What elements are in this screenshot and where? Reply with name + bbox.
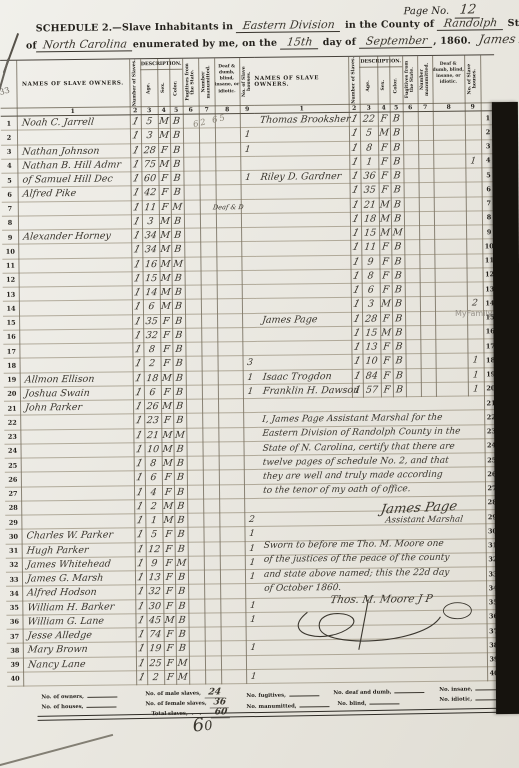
cell-color: B xyxy=(173,442,187,455)
cell-name: Riley D. Gardner xyxy=(255,170,355,184)
cell-color: B xyxy=(391,297,405,310)
cell-color: B xyxy=(170,157,184,170)
county-label: in the County of xyxy=(345,19,434,31)
cell-age: 28 xyxy=(140,144,158,157)
cell-num: 33 xyxy=(6,573,22,586)
cell-age: 23 xyxy=(143,414,161,427)
cell-color: B xyxy=(391,283,405,296)
cell-color: B xyxy=(175,599,189,612)
column-number: 7 xyxy=(201,105,213,113)
cell-num: 16 xyxy=(3,330,19,343)
column-header-manumitted: Number manumitted. xyxy=(417,56,433,103)
cell-houses: 1 xyxy=(467,354,484,367)
cell-num: 19 xyxy=(4,373,20,386)
cell-color: B xyxy=(172,357,186,370)
cell-houses: 1 xyxy=(465,154,482,167)
column-number: 1 xyxy=(67,107,79,115)
cell-age: 42 xyxy=(141,186,159,199)
cell-age: 32 xyxy=(145,585,163,598)
cell-num: 6 xyxy=(2,188,18,201)
cell-houses: 1 xyxy=(245,670,261,683)
cell-color: B xyxy=(174,514,188,527)
fugitives-label: No. fugitives, xyxy=(246,693,286,699)
column-header-color: Color. xyxy=(389,67,402,103)
column-number: 5 xyxy=(170,106,182,114)
cell-age: 6 xyxy=(361,284,380,297)
marshal-signature: James Page xyxy=(474,32,519,47)
cell-name: Nathan Johnson xyxy=(16,144,135,159)
cell-houses: 1 xyxy=(239,128,255,141)
bottom-handwritten-total: 60 xyxy=(192,713,214,736)
column-number: 9 xyxy=(241,105,253,113)
cell-age: 21 xyxy=(360,198,379,211)
cell-houses: 3 xyxy=(242,356,258,369)
cell-num: 1 xyxy=(1,117,17,130)
female-slaves-label: No. of female slaves, xyxy=(145,701,206,708)
cell-color: M xyxy=(170,200,184,213)
footer-insane: No. insane, xyxy=(439,683,499,693)
cell-age: 8 xyxy=(361,269,380,282)
slave-table-left: NAMES OF SLAVE OWNERS.Number of Slaves.D… xyxy=(0,57,261,687)
cell-houses: 1 xyxy=(245,641,261,654)
cell-name: Thomas Brooksher xyxy=(254,113,354,127)
owners-label: No. of owners, xyxy=(41,694,84,700)
column-header-names: NAMES OF SLAVE OWNERS. xyxy=(16,59,130,107)
cell-color: B xyxy=(390,198,404,211)
cell-houses: 1 xyxy=(244,556,260,569)
cell-age: 84 xyxy=(362,369,381,382)
cell-color: B xyxy=(392,354,406,367)
idiotic-label: No. idiotic, xyxy=(439,696,472,702)
cell-name: John Parker xyxy=(19,400,138,415)
cell-age: 5 xyxy=(359,127,378,140)
footer-idiotic: No. idiotic, xyxy=(439,693,499,703)
cell-color: B xyxy=(169,143,183,156)
cell-num: 39 xyxy=(7,658,23,671)
column-header-color: Color. xyxy=(169,70,182,106)
column-number: 1 xyxy=(296,104,308,112)
column-number: 6 xyxy=(185,106,197,114)
cell-color: B xyxy=(173,457,187,470)
column-header-number_of_slaves: Number of Slaves. xyxy=(129,59,141,106)
certification-block: I, James Page Assistant Marshal for theE… xyxy=(262,410,497,526)
cell-age: 34 xyxy=(142,243,160,256)
blind-label: No. blind, xyxy=(337,701,366,707)
cell-color: B xyxy=(389,141,403,154)
certification-signature-title: Assistant Marshal xyxy=(385,514,498,525)
of-label: of xyxy=(26,40,37,51)
column-header-deaf_dumb: Deaf & dumb, blind, insane, or idiotic. xyxy=(432,56,465,109)
cell-age: 12 xyxy=(145,542,163,555)
cell-name: Nancy Lane xyxy=(22,657,141,672)
footer-owners: No. of owners, xyxy=(41,691,117,701)
cell-age: 34 xyxy=(141,229,159,242)
cell-houses: 1 xyxy=(245,613,261,626)
cell-color: B xyxy=(170,229,184,242)
cell-age: 8 xyxy=(144,457,162,470)
cell-age: 14 xyxy=(142,286,160,299)
cell-houses: 1 xyxy=(239,142,255,155)
cell-age: 35 xyxy=(360,184,379,197)
cell-name: William G. Lane xyxy=(22,614,141,629)
column-number: 3 xyxy=(143,106,155,114)
cell-houses: 1 xyxy=(244,541,260,554)
certification-line: to the tenor of my oath of office. xyxy=(262,481,497,498)
cell-age: 36 xyxy=(360,170,379,183)
cell-name: Alexander Horney xyxy=(17,229,136,244)
cell-color: B xyxy=(171,300,185,313)
cell-color: B xyxy=(390,155,404,168)
column-number: 6 xyxy=(404,103,416,111)
cell-name: Alfred Pike xyxy=(17,187,136,202)
column-number: 5 xyxy=(390,103,402,111)
cell-num: 12 xyxy=(3,273,19,286)
cell-num: 35 xyxy=(6,601,22,614)
cell-houses: 1 xyxy=(242,385,258,398)
cell-color: M xyxy=(173,428,187,441)
cell-color: B xyxy=(171,271,185,284)
column-header-manumitted: Number manumitted. xyxy=(198,58,215,105)
cell-num: 13 xyxy=(3,288,19,301)
cell-color: B xyxy=(173,471,187,484)
footer-manumitted: No. manumitted, xyxy=(246,700,329,710)
insane-label: No. insane, xyxy=(439,686,472,692)
column-number: 4 xyxy=(378,103,390,111)
column-header-age: Age. xyxy=(140,70,157,106)
cell-num: 17 xyxy=(3,345,19,358)
cell-age: 9 xyxy=(145,557,163,570)
cell-age: 25 xyxy=(146,656,164,669)
cell-houses: 1 xyxy=(244,527,260,540)
cell-color: M xyxy=(390,226,404,239)
cell-age: 15 xyxy=(362,326,381,339)
year-label: , 1860. xyxy=(433,35,471,46)
cell-age: 15 xyxy=(360,227,379,240)
footer-blind: No. blind, xyxy=(337,697,399,707)
cell-age: 6 xyxy=(142,300,160,313)
cell-color: B xyxy=(173,485,187,498)
cell-color: B xyxy=(391,269,405,282)
scan-edge-black-strip xyxy=(492,102,519,714)
column-number: 7 xyxy=(419,103,431,111)
cell-age: 75 xyxy=(141,158,159,171)
cell-num: 22 xyxy=(4,416,20,429)
cell-age: 8 xyxy=(143,343,161,356)
cell-age: 11 xyxy=(141,201,159,214)
cell-color: B xyxy=(392,383,406,396)
cell-color: B xyxy=(170,214,184,227)
column-header-number_of_slaves: Number of Slaves. xyxy=(348,57,360,104)
day-value: 15th xyxy=(280,35,319,49)
cell-color: B xyxy=(170,186,184,199)
cell-num: 10 xyxy=(2,245,18,258)
cell-age: 35 xyxy=(142,315,160,328)
sworn-statement-block: Sworn to before me Tho. M. Moore oneof t… xyxy=(264,536,499,596)
cell-name: Charles W. Parker xyxy=(21,529,140,544)
cell-age: 1 xyxy=(360,155,379,168)
cell-color: B xyxy=(175,642,189,655)
cell-houses: 1 xyxy=(467,382,484,395)
cell-name: Isaac Trogdon xyxy=(257,369,357,383)
cell-color: B xyxy=(173,499,187,512)
footer-deaf: No. deaf and dumb, xyxy=(333,686,424,696)
cell-color: B xyxy=(171,286,185,299)
cell-name: Alfred Hodson xyxy=(21,585,140,600)
county-value: Randolph xyxy=(437,16,504,31)
cell-age: 57 xyxy=(362,383,381,396)
cell-name: Hugh Parker xyxy=(21,543,140,558)
cell-color: B xyxy=(169,129,183,142)
cell-name: Allmon Ellison xyxy=(19,372,138,387)
cell-num: 40 xyxy=(7,672,23,685)
male-slaves-label: No. of male slaves, xyxy=(145,691,201,698)
cell-num: 18 xyxy=(4,359,20,372)
cell-color: B xyxy=(172,414,186,427)
column-header-sex: Sex. xyxy=(157,70,169,106)
sworn-lines: Sworn to before me Tho. M. Moore oneof t… xyxy=(264,536,499,596)
cell-age: 4 xyxy=(144,485,162,498)
cell-age: 2 xyxy=(146,671,164,684)
column-number: 8 xyxy=(221,105,233,113)
column-header-names: NAMES OF SLAVE OWNERS. xyxy=(254,57,349,105)
cell-age: 15 xyxy=(142,272,160,285)
cell-num: 9 xyxy=(2,231,18,244)
cell-age: 3 xyxy=(361,298,380,311)
houses-label: No. of houses, xyxy=(41,704,83,710)
cell-color: B xyxy=(390,169,404,182)
cell-num: 23 xyxy=(4,430,20,443)
cell-num: 15 xyxy=(3,316,19,329)
cell-age: 60 xyxy=(141,172,159,185)
cell-color: B xyxy=(392,326,406,339)
cell-num: 3 xyxy=(1,145,17,158)
cell-age: 6 xyxy=(143,386,161,399)
cell-age: 11 xyxy=(361,241,380,254)
column-number: 9 xyxy=(467,102,479,110)
deaf-label: No. deaf and dumb, xyxy=(333,689,391,696)
column-header-fugitives: Fugitives from the State. xyxy=(402,56,418,103)
cell-age: 6 xyxy=(144,471,162,484)
cell-color: B xyxy=(172,385,186,398)
cell-name: James Whitehead xyxy=(21,557,140,572)
cell-num: 25 xyxy=(5,459,21,472)
column-number: 2 xyxy=(129,106,141,114)
column-header-description: DESCRIPTION. xyxy=(359,56,402,67)
schedule-title: SCHEDULE 2.—Slave Inhabitants in xyxy=(36,21,234,34)
cell-color: B xyxy=(391,255,405,268)
day-of-label: day of xyxy=(323,37,356,48)
column-header-deaf_dumb: Deaf & dumb, blind, insane, or idiotic. xyxy=(214,58,240,111)
cell-houses: 1 xyxy=(242,370,258,383)
cell-num: 14 xyxy=(3,302,19,315)
cell-age: 45 xyxy=(146,614,164,627)
cell-color: B xyxy=(391,312,405,325)
cell-age: 22 xyxy=(359,113,378,126)
cell-num: 26 xyxy=(5,473,21,486)
cell-name: Joshua Swain xyxy=(19,386,138,401)
cell-num: 38 xyxy=(7,644,23,657)
cell-color: B xyxy=(175,613,189,626)
cell-color: B xyxy=(389,126,403,139)
cell-houses: 1 xyxy=(467,368,484,381)
cell-color: B xyxy=(169,115,183,128)
cell-color: B xyxy=(174,542,188,555)
cell-age: 74 xyxy=(146,628,164,641)
column-number: 3 xyxy=(363,104,375,112)
cell-age: 10 xyxy=(144,443,162,456)
cell-color: M xyxy=(174,556,188,569)
cell-color: B xyxy=(172,343,186,356)
cell-color: B xyxy=(172,328,186,341)
cell-age: 10 xyxy=(362,355,381,368)
cell-age: 32 xyxy=(143,329,161,342)
column-header-age: Age. xyxy=(359,68,377,104)
cell-name: James G. Marsh xyxy=(21,571,140,586)
cell-age: 1 xyxy=(145,514,163,527)
cell-age: 2 xyxy=(143,357,161,370)
state-value: North Carolina xyxy=(36,37,134,52)
cell-age: 19 xyxy=(146,642,164,655)
column-number: 4 xyxy=(158,106,170,114)
cell-color: B xyxy=(392,340,406,353)
cell-name: of Samuel Hill Dec xyxy=(17,172,136,187)
cell-age: 2 xyxy=(144,500,162,513)
cell-num: 5 xyxy=(1,174,17,187)
cell-num: 32 xyxy=(6,558,22,571)
cell-num: 28 xyxy=(5,501,21,514)
cell-color: B xyxy=(171,314,185,327)
cell-num: 20 xyxy=(4,387,20,400)
cell-color: M xyxy=(175,656,189,669)
cell-color: B xyxy=(172,371,186,384)
cell-color: B xyxy=(391,240,405,253)
cell-name: Mary Brown xyxy=(22,642,141,657)
cell-color: M xyxy=(171,257,185,270)
manumitted-label: No. manumitted, xyxy=(246,703,296,710)
cell-age: 3 xyxy=(140,129,158,142)
cell-age: 13 xyxy=(362,341,381,354)
cell-color: B xyxy=(389,112,403,125)
cell-num: 34 xyxy=(6,587,22,600)
cell-age: 8 xyxy=(359,141,378,154)
page-no-label: Page No. xyxy=(404,6,450,18)
cell-num: 11 xyxy=(2,259,18,272)
cell-num: 30 xyxy=(5,530,21,543)
certification-lines: I, James Page Assistant Marshal for theE… xyxy=(262,410,497,498)
footer-houses: No. of houses, xyxy=(41,701,116,711)
census-sheet: Page No. 12 SCHEDULE 2.—Slave Inhabitant… xyxy=(0,0,519,768)
cell-num: 37 xyxy=(7,630,23,643)
cell-num: 36 xyxy=(6,615,22,628)
cell-age: 18 xyxy=(360,212,379,225)
cell-age: 18 xyxy=(143,372,161,385)
column-header-slave_houses: No. of Slave houses. xyxy=(464,55,481,102)
cell-age: 3 xyxy=(141,215,159,228)
cell-num: 2 xyxy=(1,131,17,144)
cell-age: 21 xyxy=(144,428,162,441)
month-value: September xyxy=(359,34,434,49)
slave-row: 4012FM1 xyxy=(7,670,261,687)
cell-num: 8 xyxy=(2,216,18,229)
column-number: 8 xyxy=(443,103,455,111)
cell-age: 16 xyxy=(142,258,160,271)
cell-name: Noah C. Jarrell xyxy=(16,115,135,130)
cell-color: B xyxy=(390,183,404,196)
cell-age: 5 xyxy=(140,115,158,128)
slave-row: 40 xyxy=(261,667,501,684)
cell-color: M xyxy=(175,670,189,683)
cell-name: Jesse Alledge xyxy=(22,628,141,643)
cell-color: B xyxy=(170,172,184,185)
cell-color: B xyxy=(175,628,189,641)
cell-color: B xyxy=(171,243,185,256)
column-header-slave_houses: No. of Slave houses. xyxy=(239,58,255,105)
column-header-description: DESCRIPTION. xyxy=(140,59,182,70)
column-number: 2 xyxy=(348,104,360,112)
cell-houses: 1 xyxy=(240,171,256,184)
cell-age: 30 xyxy=(146,599,164,612)
cell-num: 29 xyxy=(5,516,21,529)
footer-fugitives: No. fugitives, xyxy=(246,689,319,699)
cell-num: 27 xyxy=(5,487,21,500)
cell-houses: 1 xyxy=(245,598,261,611)
enumerated-label: enumerated by me, on the xyxy=(133,38,277,51)
cell-age: 13 xyxy=(145,571,163,584)
state-label: State xyxy=(508,18,519,29)
cell-houses: 1 xyxy=(244,570,260,583)
cell-age: 26 xyxy=(143,400,161,413)
cell-age: 28 xyxy=(361,312,380,325)
cell-color: B xyxy=(172,400,186,413)
cell-color: B xyxy=(392,369,406,382)
column-header-sex: Sex. xyxy=(377,67,389,103)
signature-flourish xyxy=(272,598,483,655)
column-header-fugitives: Fugitives from the State. xyxy=(182,59,199,106)
cell-num: 24 xyxy=(4,444,20,457)
myfamily-watermark: MyFamily xyxy=(455,309,492,318)
cell-color: B xyxy=(174,528,188,541)
cell-name: Nathan B. Hill Admr xyxy=(17,158,136,173)
cell-name: Franklin H. Dawson xyxy=(257,384,357,398)
cell-age: 9 xyxy=(361,255,380,268)
cell-age: 5 xyxy=(145,528,163,541)
cell-num: 21 xyxy=(4,402,20,415)
cell-num: 4 xyxy=(1,159,17,172)
cell-houses: 2 xyxy=(244,513,260,526)
cell-num: 31 xyxy=(6,544,22,557)
cell-name: William H. Barker xyxy=(22,600,141,615)
cell-color: B xyxy=(174,585,188,598)
division-value: Eastern Division xyxy=(236,18,342,33)
cell-color: B xyxy=(174,571,188,584)
cell-note: Deaf & D xyxy=(215,200,241,214)
cell-num: 7 xyxy=(2,202,18,215)
cell-name: James Page xyxy=(256,312,356,326)
cell-color: B xyxy=(390,212,404,225)
